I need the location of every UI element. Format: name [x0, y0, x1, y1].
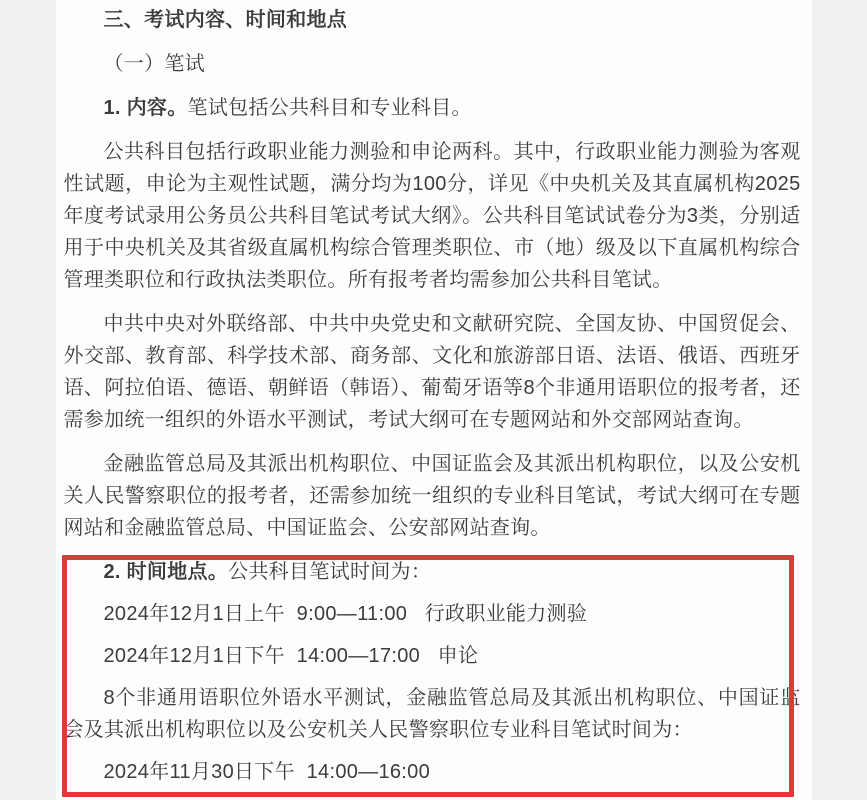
schedule-line-xingce: 2024年12月1日上午 9:00—11:00 行政职业能力测验 [64, 598, 801, 630]
item-content-paragraph: 1. 内容。笔试包括公共科目和专业科目。 [64, 92, 801, 124]
item-content-label: 1. 内容。 [104, 97, 188, 119]
item-time-place-paragraph: 2. 时间地点。公共科目笔试时间为： [64, 556, 801, 588]
paragraph-public-subjects: 公共科目包括行政职业能力测验和申论两科。其中，行政职业能力测验为客观性试题，申论… [64, 136, 801, 296]
schedule-line-shenlun: 2024年12月1日下午 14:00—17:00 申论 [64, 640, 801, 672]
document-page: 三、考试内容、时间和地点 （一）笔试 1. 内容。笔试包括公共科目和专业科目。 … [56, 0, 812, 800]
paragraph-special-tests: 8个非通用语职位外语水平测试，金融监管总局及其派出机构职位、中国证监会及其派出机… [64, 682, 801, 746]
paragraph-professional-subjects: 金融监管总局及其派出机构职位、中国证监会及其派出机构职位，以及公安机关人民警察职… [64, 448, 801, 544]
item-time-place-text: 公共科目笔试时间为： [228, 561, 431, 583]
section-heading: 三、考试内容、时间和地点 [64, 4, 801, 36]
item-time-place-label: 2. 时间地点。 [104, 561, 229, 583]
paragraph-foreign-language: 中共中央对外联络部、中共中央党史和文献研究院、全国友协、中国贸促会、外交部、教育… [64, 308, 801, 436]
subsection-heading: （一）笔试 [64, 48, 801, 80]
item-content-text: 笔试包括公共科目和专业科目。 [188, 97, 472, 119]
schedule-line-special: 2024年11月30日下午 14:00—16:00 [64, 756, 801, 788]
